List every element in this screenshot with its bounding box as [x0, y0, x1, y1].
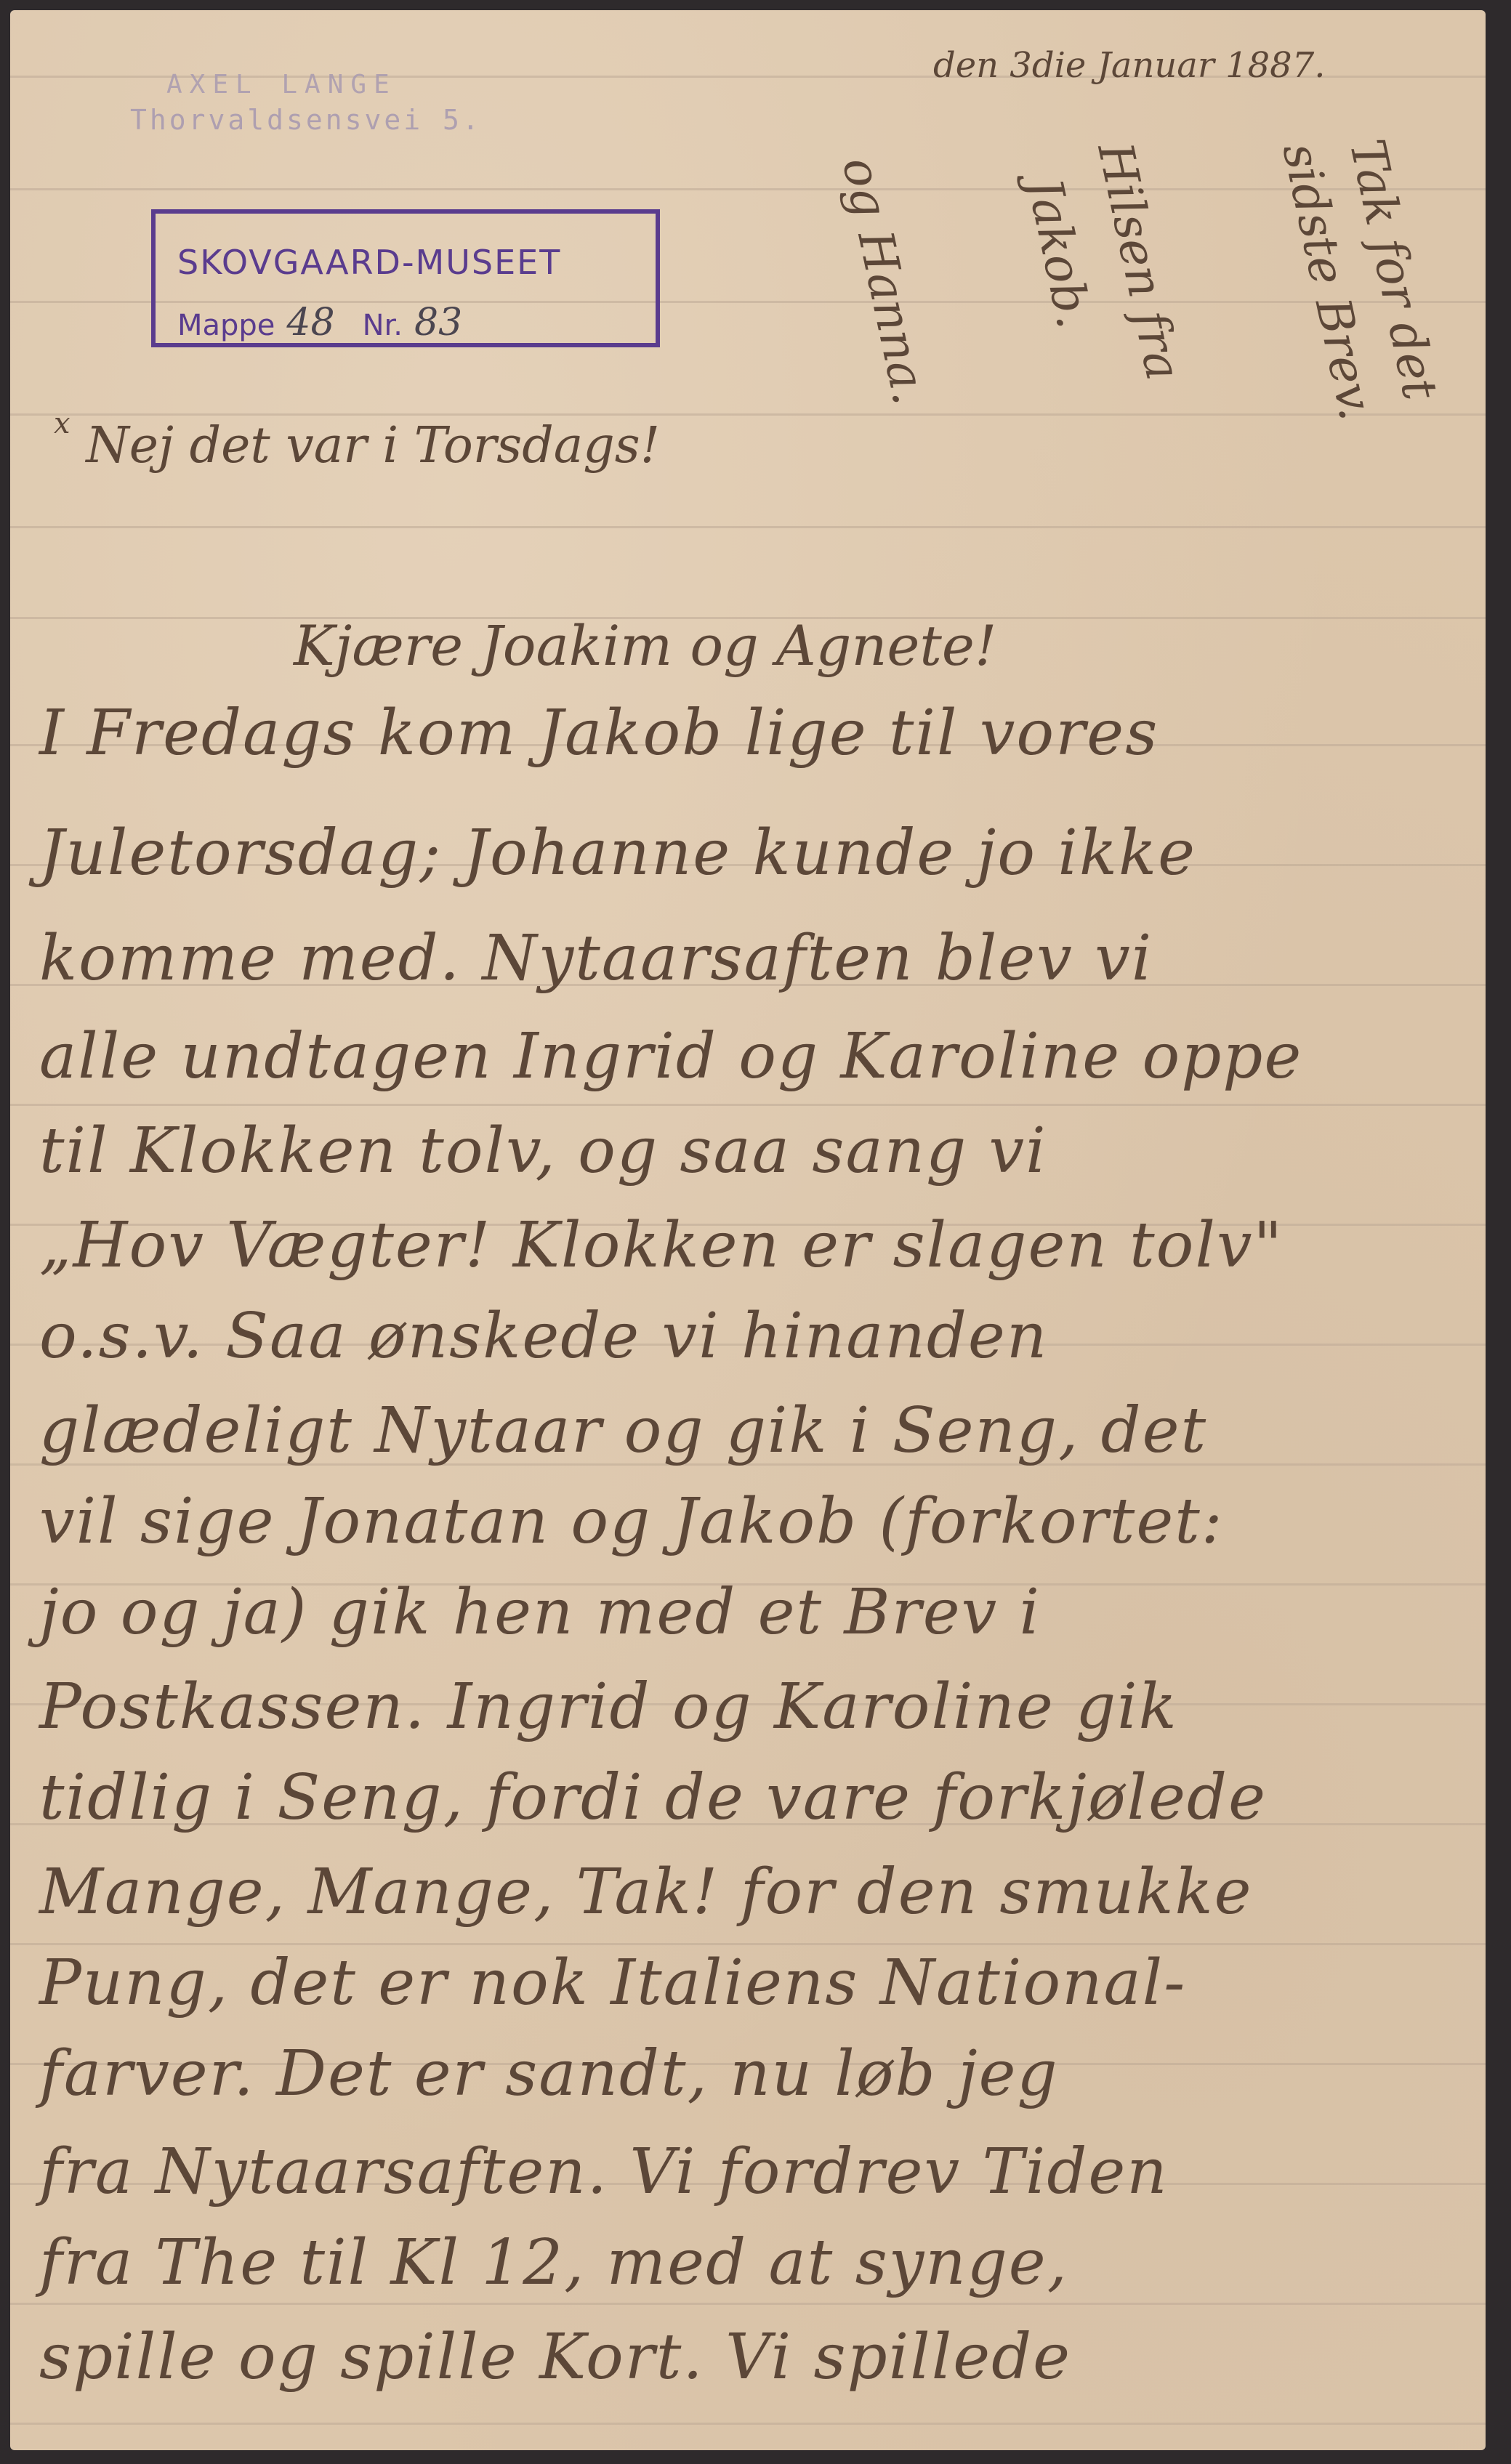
stamp-number-label: Nr. [363, 309, 403, 342]
letterhead-name: AXEL LANGE [166, 70, 482, 100]
letter-date: den 3die Januar 1887. [933, 45, 1326, 86]
footnote-text: Nej det var i Torsdags! [86, 417, 660, 474]
body-line: tidlig i Seng, fordi de vare forkjølede [39, 1761, 1267, 1834]
letter-page: AXEL LANGE Thorvaldsensvei 5. SKOVGAARD-… [10, 10, 1486, 2450]
footnote: x Nej det var i Torsdags! [54, 417, 660, 474]
ruled-line [10, 188, 1486, 190]
stamp-folder-label: Mappe [177, 309, 275, 342]
ruled-line [10, 526, 1486, 528]
body-line: o.s.v. Saa ønskede vi hinanden [39, 1300, 1048, 1373]
stamp-folder-number: 48 [286, 301, 334, 344]
salutation: Kjære Joakim og Agnete! [294, 613, 996, 678]
stamp-reference: Mappe 48 Nr. 83 [177, 301, 490, 344]
ruled-line [10, 413, 1486, 416]
letterhead: AXEL LANGE Thorvaldsensvei 5. [130, 70, 482, 136]
ruled-line [10, 2303, 1486, 2305]
body-line: spille og spille Kort. Vi spillede [39, 2321, 1071, 2394]
body-line: I Fredags kom Jakob lige til vores [39, 697, 1159, 770]
body-line: Mange, Mange, Tak! for den smukke [39, 1856, 1253, 1928]
margin-note-col-5: og Hanna. [835, 153, 934, 408]
body-line: glædeligt Nytaar og gik i Seng, det [39, 1394, 1207, 1467]
body-line: komme med. Nytaarsaften blev vi [39, 922, 1153, 995]
margin-note-col-3: Hilsen fra [1090, 139, 1187, 384]
footnote-marker: x [54, 407, 70, 440]
body-line: Juletorsdag; Johanne kunde jo ikke [39, 817, 1196, 889]
body-line: Pung, det er nok Italiens National- [39, 1947, 1186, 2019]
body-line: jo og ja) gik hen med et Brev i [39, 1576, 1041, 1649]
body-line: Postkassen. Ingrid og Karoline gik [39, 1671, 1178, 1743]
ruled-line [10, 2423, 1486, 2425]
body-line: „Hov Vægter! Klokken er slagen tolv" [39, 1209, 1284, 1282]
body-line: til Klokken tolv, og saa sang vi [39, 1115, 1047, 1187]
body-line: vil sige Jonatan og Jakob (forkortet: [39, 1485, 1224, 1558]
letterhead-address: Thorvaldsensvei 5. [130, 104, 482, 136]
margin-note-col-4: Jakob. [1020, 174, 1098, 332]
stamp-item-number: 83 [414, 301, 462, 344]
body-line: fra The til Kl 12, med at synge, [39, 2226, 1068, 2299]
ruled-line [10, 1104, 1486, 1106]
stamp-institution: SKOVGAARD-MUSEET [177, 243, 561, 282]
ruled-line [10, 1943, 1486, 1945]
body-line: alle undtagen Ingrid og Karoline oppe [39, 1020, 1302, 1093]
body-line: fra Nytaarsaften. Vi fordrev Tiden [39, 2136, 1169, 2208]
museum-stamp: SKOVGAARD-MUSEET Mappe 48 Nr. 83 [151, 209, 660, 347]
body-line: farver. Det er sandt, nu løb jeg [39, 2037, 1059, 2110]
